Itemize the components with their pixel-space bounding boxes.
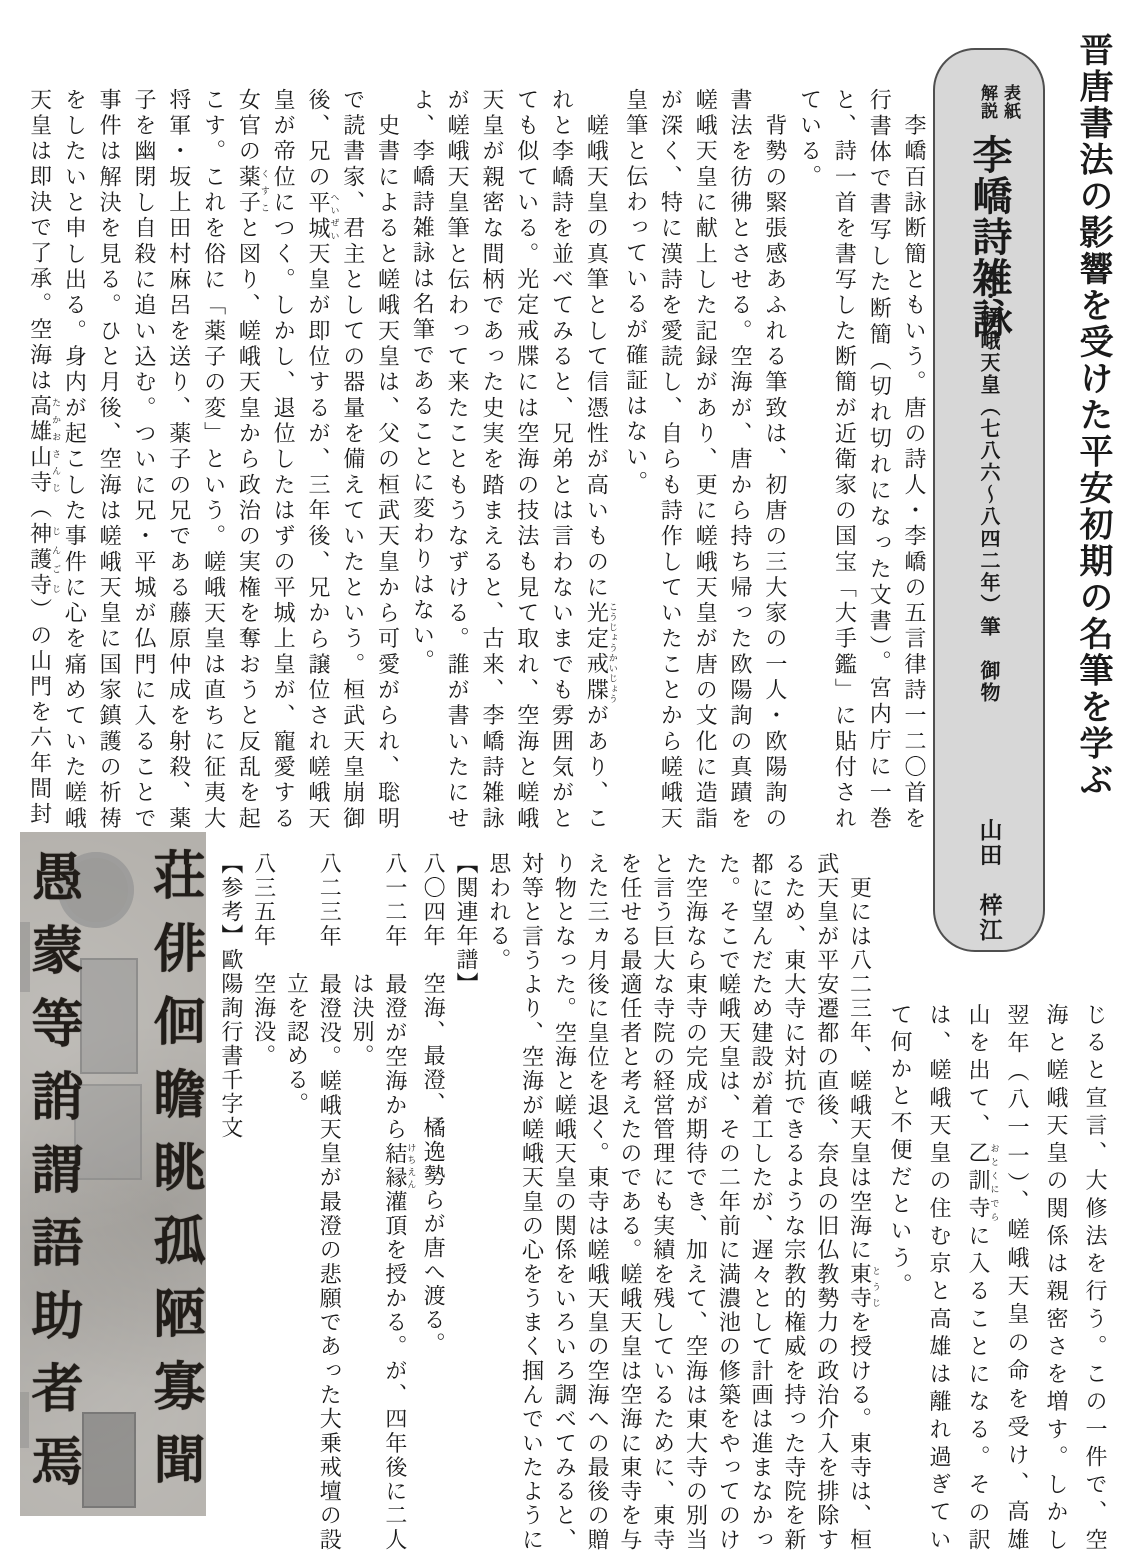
timeline-text: 最澄没。嵯峨天皇が最澄の悲願であった大乗戒壇の設立を認める。 (283, 972, 341, 1552)
timeline-text: 空海没。 (251, 972, 276, 1068)
rect-seal-impression-2 (74, 1084, 142, 1180)
article-body-lower: 更には八二三年、嵯峨天皇は空海に東寺とうじを授ける。東寺は、桓武天皇が平安遷都の… (223, 852, 880, 1552)
paragraph-3: 嵯峨天皇の真筆として信憑性が高いものに光定戒牒こうじょうかいじょうがあり、これと… (404, 88, 617, 832)
article-body-upper: 李嶠百詠断簡ともいう。唐の詩人・李嶠の五言律詩一二〇首を行書体で書写した断簡（切… (26, 88, 930, 832)
page-title: 晋唐書法の影響を受けた平安初期の名筆を学ぶ (1076, 32, 1110, 799)
timeline-heading: 【関連年譜】 (448, 852, 481, 1552)
artwork-attribution: 伝・嵯峨天皇（七八六〜八四二年）筆 御物 (978, 264, 1000, 704)
calligraphy-photo: 荘俳佪瞻眺孤陋寡聞 愚蒙等誚謂語助者焉 (20, 832, 206, 1516)
calligraphy-column-right: 荘俳佪瞻眺孤陋寡聞 (148, 848, 200, 1505)
kicker-label: 表紙 解説 (975, 84, 1021, 120)
calligraphy-column-left: 愚蒙等誚謂語助者焉 (26, 850, 78, 1507)
paragraph-continuation: じると宣言、大修法を行う。この一件で、空海と嵯峨天皇の関係は親密さを増す。しかし… (880, 1003, 1114, 1555)
timeline-year: 八二三年 (316, 852, 341, 973)
paragraph-2: 背勢の緊張感あふれる筆致は、初唐の三大家の一人・欧陽詢の書法を彷彿とさせる。空海… (617, 88, 791, 832)
rect-seal-impression-3 (82, 1412, 136, 1508)
timeline-year: 八一二年 (382, 852, 407, 973)
paragraph-4: 史書によると嵯峨天皇は、父の桓武天皇から可愛がられ、聡明で読書家、君主としての器… (21, 88, 404, 832)
magazine-page: 晋唐書法の影響を受けた平安初期の名筆を学ぶ 表紙 解説 李嶠詩雑詠 伝・嵯峨天皇… (0, 0, 1124, 1559)
article-body-continuation: じると宣言、大修法を行う。この一件で、空海と嵯峨天皇の関係は親密さを増す。しかし… (880, 1003, 1114, 1555)
paragraph-1: 李嶠百詠断簡ともいう。唐の詩人・李嶠の五言律詩一二〇首を行書体で書写した断簡（切… (791, 88, 930, 832)
timeline-year: 八〇四年 (420, 852, 445, 972)
timeline-entry-823: 八二三年 最澄没。嵯峨天皇が最澄の悲願であった大乗戒壇の設立を認める。 (279, 852, 345, 1552)
timeline-year: 八三五年 (251, 852, 276, 972)
reference-line: 【参考】歐陽詢行書千字文 (213, 852, 246, 1552)
timeline-entry-804: 八〇四年 空海、最澄、橘逸勢らが唐へ渡る。 (415, 852, 448, 1552)
cover-commentary-box: 表紙 解説 李嶠詩雑詠 伝・嵯峨天皇（七八六〜八四二年）筆 御物 山田 梓江 (933, 48, 1045, 952)
timeline-entry-812: 八一二年 最澄が空海から結縁けちえん灌頂を授かる。が、四年後に二人は決別。 (344, 852, 415, 1552)
paragraph-5: 更には八二三年、嵯峨天皇は空海に東寺とうじを授ける。東寺は、桓武天皇が平安遷都の… (481, 852, 880, 1552)
timeline-text: 最澄が空海から結縁けちえん灌頂を授かる。が、四年後に二人は決別。 (349, 972, 407, 1552)
timeline-entry-835: 八三五年 空海没。 (246, 852, 279, 1552)
author-name: 山田 梓江 (978, 818, 1001, 943)
rect-seal-impression-1 (80, 958, 138, 1074)
timeline-text: 空海、最澄、橘逸勢らが唐へ渡る。 (420, 972, 445, 1356)
